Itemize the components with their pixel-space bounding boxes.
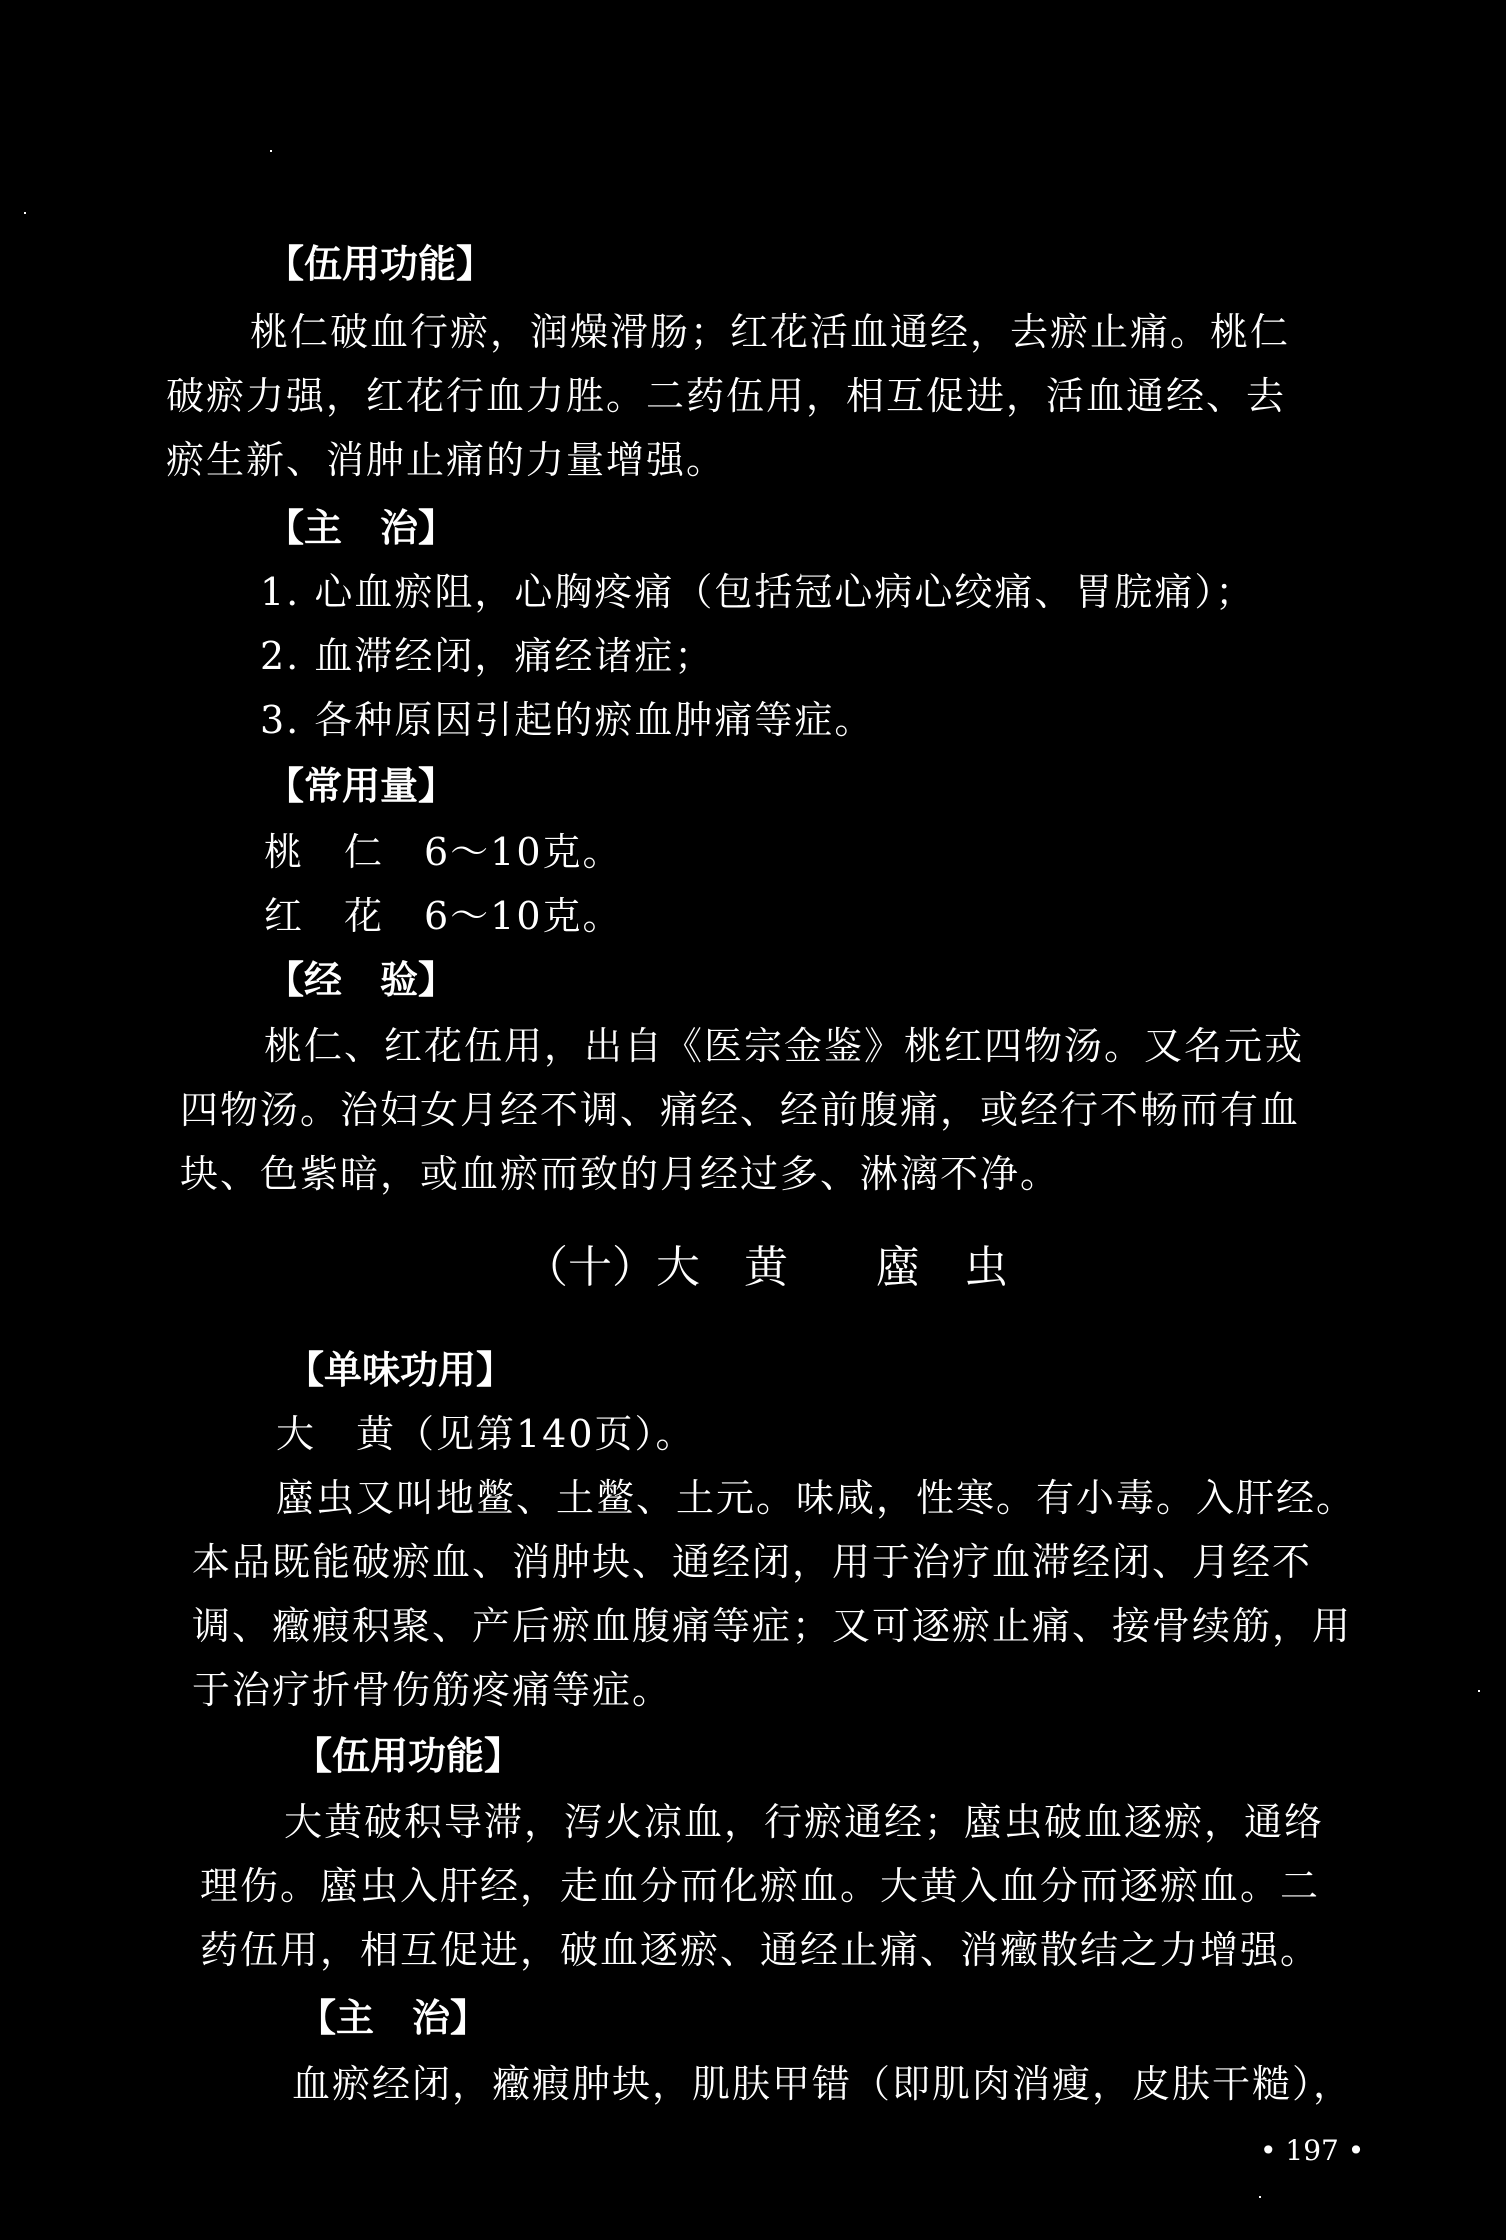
- heading-combined-function-1: 【伍用功能】: [266, 240, 494, 288]
- paragraph-line: 理伤。䗪虫入肝经，走血分而化瘀血。大黄入血分而逐瘀血。二: [200, 1862, 1320, 1910]
- paragraph-line: 桃仁破血行瘀，润燥滑肠；红花活血通经，去瘀止痛。桃仁: [250, 308, 1290, 356]
- scan-speck: [1259, 2196, 1261, 2198]
- scan-speck: [270, 150, 272, 152]
- heading-indications-1: 【主 治】: [266, 504, 456, 552]
- heading-single-function: 【单味功用】: [286, 1346, 514, 1394]
- heading-indications-2: 【主 治】: [298, 1994, 488, 2042]
- paragraph-line: 调、癥瘕积聚、产后瘀血腹痛等症；又可逐瘀止痛、接骨续筋，用: [192, 1602, 1352, 1650]
- page-number: • 197 •: [1260, 2134, 1364, 2168]
- paragraph-line: 破瘀力强，红花行血力胜。二药伍用，相互促进，活血通经、去: [166, 372, 1286, 420]
- heading-combined-function-2: 【伍用功能】: [294, 1732, 522, 1780]
- list-item: 3. 各种原因引起的瘀血肿痛等症。: [260, 696, 874, 744]
- list-item: 1. 心血瘀阻，心胸疼痛（包括冠心病心绞痛、胃脘痛）；: [260, 568, 1255, 616]
- paragraph-line: 瘀生新、消肿止痛的力量增强。: [166, 436, 726, 484]
- paragraph-line: 䗪虫又叫地鳖、土鳖、土元。味咸，性寒。有小毒。入肝经。: [276, 1474, 1356, 1522]
- paragraph-line: 药伍用，相互促进，破血逐瘀、通经止痛、消癥散结之力增强。: [200, 1926, 1320, 1974]
- heading-experience: 【经 验】: [266, 956, 456, 1004]
- dosage-item: 桃 仁 6～10克。: [264, 828, 623, 876]
- paragraph-line: 血瘀经闭，癥瘕肿块，肌肤甲错（即肌肉消瘦，皮肤干糙），: [292, 2060, 1353, 2108]
- section-title: （十）大 黄 䗪 虫: [524, 1240, 1008, 1296]
- heading-dosage: 【常用量】: [266, 762, 456, 810]
- paragraph-line: 本品既能破瘀血、消肿块、通经闭，用于治疗血滞经闭、月经不: [192, 1538, 1312, 1586]
- scan-speck: [1478, 1690, 1480, 1692]
- paragraph-line: 于治疗折骨伤筋疼痛等症。: [192, 1666, 672, 1714]
- paragraph-line: 桃仁、红花伍用，出自《医宗金鉴》桃红四物汤。又名元戎: [264, 1022, 1304, 1070]
- list-item: 2. 血滞经闭，痛经诸症；: [260, 632, 714, 680]
- paragraph-line: 四物汤。治妇女月经不调、痛经、经前腹痛，或经行不畅而有血: [180, 1086, 1300, 1134]
- paragraph-line: 大 黄（见第140页）。: [276, 1410, 696, 1458]
- dosage-item: 红 花 6～10克。: [264, 892, 623, 940]
- paragraph-line: 大黄破积导滞，泻火凉血，行瘀通经；䗪虫破血逐瘀，通络: [284, 1798, 1324, 1846]
- paragraph-line: 块、色紫暗，或血瘀而致的月经过多、淋漓不净。: [180, 1150, 1060, 1198]
- scan-speck: [24, 212, 26, 214]
